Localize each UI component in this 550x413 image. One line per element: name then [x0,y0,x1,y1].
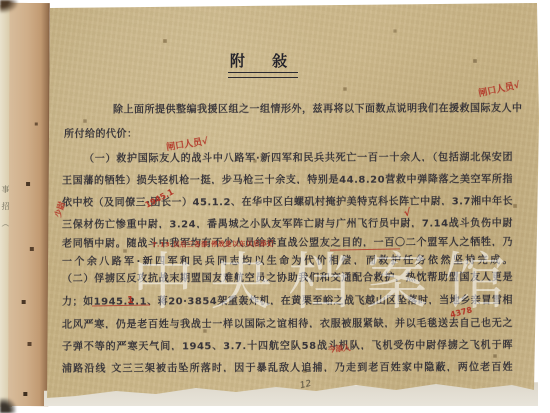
body-line: 老同牺中尉。随战斗中我军均有不少人员给养直战公盟友之目的，一百〇二个盟军人之牺牲… [62,233,513,248]
document-title: 附 敍 [224,50,304,71]
document-paper: 附 敍 除上面所提供整编我援区组之一组情形外，兹再将以下面数点说明我们在援救国际… [44,0,540,406]
red-checkmark: √ [403,208,411,220]
photo-corner-blotch-top-left [0,0,18,13]
title-double-underline [228,72,298,78]
body-line: 子弹不等的严寒天气间，1945、3.7.十四航空队58战斗机队，飞机受伤中尉俘掳… [62,336,513,351]
body-line: 所付给的代价： [64,125,138,140]
paper-speckles [44,0,46,2]
scanned-document: 事招（ 附 敍 除上面所提供整编我援区组之一组情形外，兹再将以下面数点说明我们在… [0,0,550,413]
red-interline-note: 7.13.以后三各部·停战是以东以后添记 [152,238,274,248]
body-line: 北风严寒，仍是老百姓与我战士一样以国际之谊相待，衣服被服紧缺，并以毛毯送去自己也… [62,314,513,329]
body-line: （一）救护国际友人的战斗中八路军·新四军和民兵共死亡一百一十余人，（包括湖北保安… [84,148,513,162]
body-line: 王国藩的牺牲）损失轻机枪一挺，步马枪三十余支，特别是44.8.20营救中弹降落之… [62,170,513,185]
body-line: 依中校（及同僚三·团长一）45.1.2、在华中区白螺矶村掩护美特克科长阵亡中尉，… [62,192,513,207]
body-line: 三保材伤亡惨重中尉，3.24，番禺城之小队友军阵亡尉与广州飞行员中尉，7.14战… [62,214,513,229]
red-annotation: 今添入 [328,342,351,355]
body-line: 一个余八路军·新四军和民兵同志均以生命为代价相偿，而救护任务依然坚持完成。 [62,251,513,266]
body-line: （二）俘掳区反攻抗战末期盟国友难航空员之协助我们和交通配合救护，热忱帮助盟国友人… [62,268,513,283]
body-line: 浦路沿线 文三三架被击坠所落时，因于暴乱敌人追捕，乃走到老百姓家中隐蔽，两位老百… [62,358,513,373]
photo-corner-blotch-bottom-left [0,398,16,413]
page-spine-edge [8,3,49,406]
body-line: 除上面所提供整编我援区组之一组情形外，兹再将以下面数点说明我们在援救国际友人中 [113,99,513,115]
